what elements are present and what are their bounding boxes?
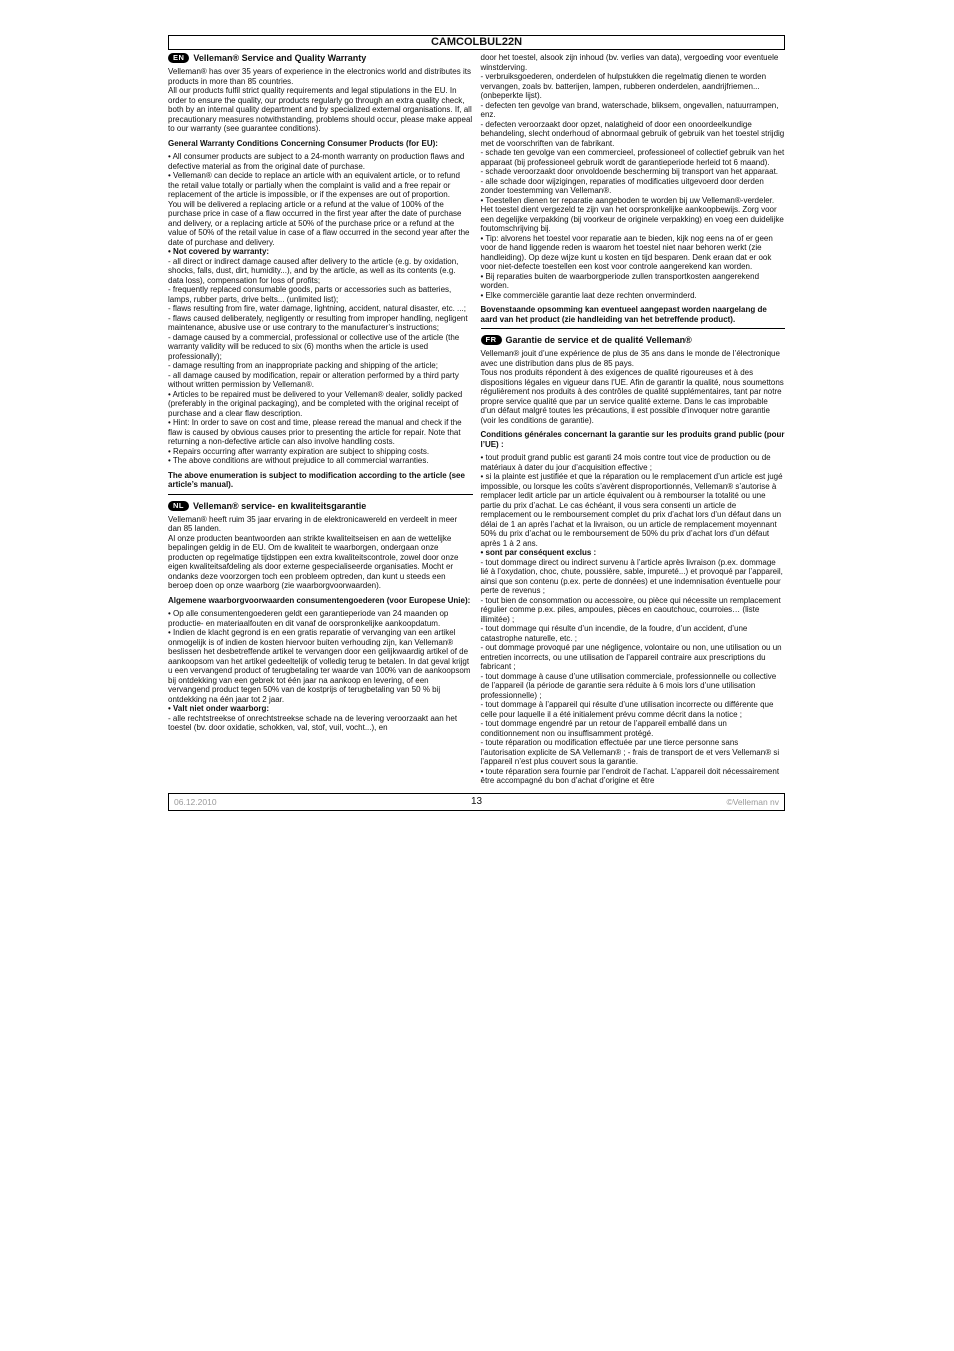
section-title-fr: Garantie de service et de qualité Vellem… [506, 335, 692, 345]
paragraph: - damage caused by a commercial, profess… [168, 333, 473, 362]
paragraph: • Tip: alvorens het toestel voor reparat… [481, 234, 786, 272]
paragraph: - toute réparation ou modification effec… [481, 738, 786, 767]
footer-date: 06.12.2010 [174, 797, 376, 807]
section-body-nl: Velleman® heeft ruim 35 jaar ervaring in… [168, 515, 473, 733]
paragraph: • Velleman® can decide to replace an art… [168, 171, 473, 200]
paragraph: - alle rechtstreekse of onrechtstreekse … [168, 714, 473, 733]
paragraph: Velleman® has over 35 years of experienc… [168, 67, 473, 86]
section-heading-nl: NL Velleman® service- en kwaliteitsgaran… [168, 501, 473, 511]
section-heading-en: EN Velleman® Service and Quality Warrant… [168, 53, 473, 63]
paragraph: • Repairs occurring after warranty expir… [168, 447, 473, 457]
paragraph: - tout dommage engendré par un retour de… [481, 719, 786, 738]
paragraph: - verbruiksgoederen, onderdelen of hulps… [481, 72, 786, 101]
page-footer: 06.12.2010 13 ©Velleman nv [168, 793, 785, 811]
bold-line: • sont par conséquent exclus : [481, 548, 786, 558]
paragraph: • toute réparation sera fournie par l’en… [481, 767, 786, 786]
paragraph: All our products fulfil strict quality r… [168, 86, 473, 134]
sub-heading: Algemene waarborgvoorwaarden consumenten… [168, 596, 473, 606]
sub-heading: Bovenstaande opsomming kan eventueel aan… [481, 305, 786, 324]
sub-heading: The above enumeration is subject to modi… [168, 471, 473, 490]
paragraph: - frequently replaced consumable goods, … [168, 285, 473, 304]
bold-line: • Valt niet onder waarborg: [168, 704, 473, 714]
paragraph: • tout produit grand public est garanti … [481, 453, 786, 472]
product-title: CAMCOLBUL22N [168, 35, 785, 50]
paragraph: • si la plainte est justifiée et que la … [481, 472, 786, 548]
paragraph: - tout dommage à l’appareil qui résulte … [481, 700, 786, 719]
sub-heading: Conditions générales concernant la garan… [481, 430, 786, 449]
paragraph: • Bij reparaties buiten de waarborgperio… [481, 272, 786, 291]
section-heading-fr: FR Garantie de service et de qualité Vel… [481, 335, 786, 345]
section-title-en: Velleman® Service and Quality Warranty [193, 53, 366, 63]
section-body-nl-continued: door het toestel, alsook zijn inhoud (bv… [481, 53, 786, 324]
bold-line: • Not covered by warranty: [168, 247, 473, 257]
section-body-fr: Velleman® jouit d’une expérience de plus… [481, 349, 786, 786]
footer-page-number: 13 [376, 797, 578, 807]
section-body-en: Velleman® has over 35 years of experienc… [168, 67, 473, 490]
paragraph: • Toestellen dienen ter reparatie aangeb… [481, 196, 786, 234]
paragraph: - tout dommage direct ou indirect surven… [481, 558, 786, 596]
right-column: door het toestel, alsook zijn inhoud (bv… [481, 53, 786, 786]
paragraph: - all damage caused by modification, rep… [168, 371, 473, 390]
paragraph: • Elke commerciële garantie laat deze re… [481, 291, 786, 301]
paragraph: • All consumer products are subject to a… [168, 152, 473, 171]
paragraph: - damage resulting from an inappropriate… [168, 361, 473, 371]
section-divider [168, 494, 473, 495]
paragraph: - all direct or indirect damage caused a… [168, 257, 473, 286]
paragraph: - out dommage provoqué par une négligenc… [481, 643, 786, 672]
language-badge-fr-icon: FR [481, 335, 502, 345]
paragraph: • Hint: In order to save on cost and tim… [168, 418, 473, 447]
paragraph: - defecten veroorzaakt door opzet, nalat… [481, 120, 786, 149]
paragraph: - flaws resulting from fire, water damag… [168, 304, 473, 314]
paragraph: • Articles to be repaired must be delive… [168, 390, 473, 419]
language-badge-nl-icon: NL [168, 501, 189, 511]
paragraph: door het toestel, alsook zijn inhoud (bv… [481, 53, 786, 72]
paragraph: Tous nos produits répondent à des exigen… [481, 368, 786, 425]
footer-copyright: ©Velleman nv [577, 797, 779, 807]
paragraph: Al onze producten beantwoorden aan strik… [168, 534, 473, 591]
paragraph: Velleman® heeft ruim 35 jaar ervaring in… [168, 515, 473, 534]
paragraph: You will be delivered a replacing articl… [168, 200, 473, 248]
document-page: CAMCOLBUL22N EN Velleman® Service and Qu… [168, 0, 785, 811]
paragraph: - alle schade door wijzigingen, reparati… [481, 177, 786, 196]
paragraph: • The above conditions are without preju… [168, 456, 473, 466]
paragraph: - defecten ten gevolge van brand, waters… [481, 101, 786, 120]
paragraph: - schade ten gevolge van een commercieel… [481, 148, 786, 167]
sub-heading: General Warranty Conditions Concerning C… [168, 139, 473, 149]
left-column: EN Velleman® Service and Quality Warrant… [168, 53, 473, 786]
language-badge-en-icon: EN [168, 53, 189, 63]
paragraph: Velleman® jouit d’une expérience de plus… [481, 349, 786, 368]
paragraph: - flaws caused deliberately, negligently… [168, 314, 473, 333]
section-divider [481, 328, 786, 329]
paragraph: • Indien de klacht gegrond is en een gra… [168, 628, 473, 704]
paragraph: • Op alle consumentengoederen geldt een … [168, 609, 473, 628]
paragraph: - schade veroorzaakt door onvoldoende be… [481, 167, 786, 177]
paragraph: - tout dommage qui résulte d’un incendie… [481, 624, 786, 643]
paragraph: - tout dommage à cause d’une utilisation… [481, 672, 786, 701]
paragraph: - tout bien de consommation ou accessoir… [481, 596, 786, 625]
two-column-layout: EN Velleman® Service and Quality Warrant… [168, 53, 785, 786]
section-title-nl: Velleman® service- en kwaliteitsgarantie [193, 501, 366, 511]
